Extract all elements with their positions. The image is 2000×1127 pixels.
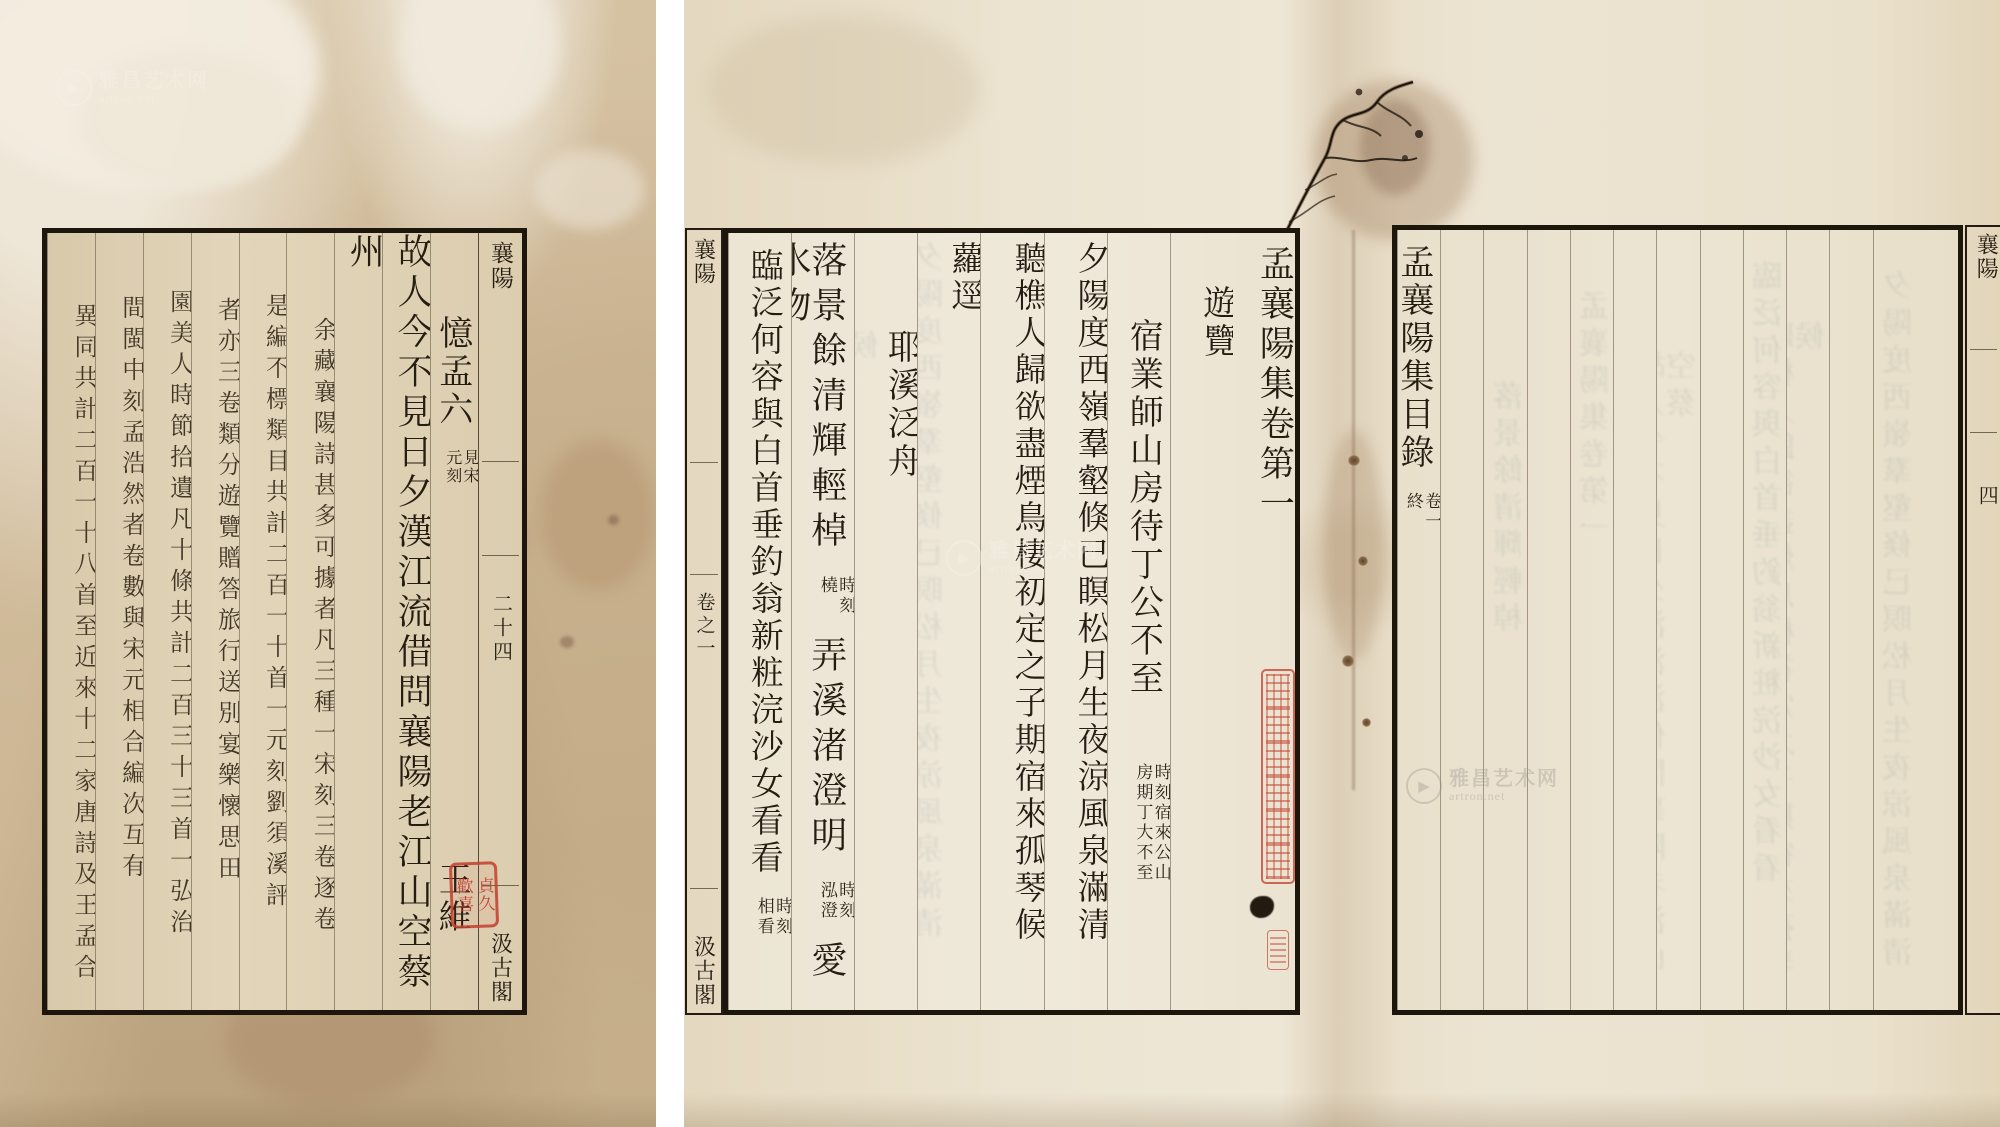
verse-text: 州 (345, 233, 382, 273)
paper-stain (1314, 80, 1474, 240)
book-title-label: 襄陽 (1971, 233, 2000, 281)
center-banxin-column: 襄陽 卷之一 汲古閣 (685, 228, 723, 1015)
paper-stain (608, 515, 619, 525)
show-through-ghost: 夕陽度西嶺羣壑倏已瞑松月生夜涼風泉滿清 (1886, 270, 1916, 973)
blank-column (1916, 230, 1958, 1010)
book-title-label: 襄陽 (489, 241, 512, 291)
verse-column: 臨泛何容與白首垂釣翁新粧浣沙女看看 時刻相看 (728, 233, 791, 1010)
verse-text: 蘿逕 (946, 241, 980, 315)
verse-text: 故人今不見日夕漢江流借問襄陽老江山空蔡 (393, 233, 430, 993)
paper-stain (709, 15, 979, 165)
verse-column: 聽樵人歸欲盡煙鳥棲初定之子期宿來孤琴候 (980, 233, 1043, 1010)
wormhole (1362, 718, 1371, 727)
publisher-label: 汲古閣 (689, 935, 720, 1007)
banxin-divider (690, 574, 718, 575)
handwritten-colophon-column: 異同共計二百一十八首至近來十二家唐詩及王孟合 (47, 233, 95, 1010)
banxin-divider (482, 555, 519, 556)
wormhole (1358, 556, 1368, 566)
verse-column: 落景餘清輝輕棹 時刻橈 弄溪渚澄明 時刻泓澄 愛水物 (791, 233, 854, 1010)
watermark-site-name: 雅昌艺术网 (99, 70, 209, 92)
scanned-book-spread: 襄陽 二十四 汲古閣 憶孟六 見宋元刻 王維 故人今不見日夕漢江流借問襄陽老江山… (0, 0, 2000, 1127)
page-edge-shadow (684, 1093, 2000, 1127)
volume-title-column: 孟襄陽集卷第一 (1233, 233, 1295, 1010)
banxin-divider (690, 462, 718, 463)
collation-note: 時刻泓澄 (818, 881, 855, 921)
verse-text: 弄溪渚澄明 (807, 636, 847, 861)
torn-paper-patch (400, 0, 560, 130)
collation-note-right: 時刻 (836, 881, 854, 921)
toc-colophon-text: 孟襄陽集目錄 (1397, 244, 1432, 472)
paper-stain (540, 440, 655, 590)
verse-column: 蘿逕 夕陽度西嶺羣壑倏已瞑松月生夜涼風泉滿清 (917, 233, 980, 1010)
collation-note: 時刻相看 (754, 897, 791, 937)
handwritten-colophon-column: 園美人時節拾遺凡十條共計二百三十三首一弘治 (143, 233, 191, 1010)
toc-colophon-column: 孟襄陽集目錄 卷一終 (1397, 230, 1440, 1010)
banxin-divider (1970, 432, 1997, 433)
site-watermark: ▶ 雅昌艺术网 artron.net (56, 70, 209, 106)
book-title-label: 襄陽 (689, 238, 720, 286)
collation-note: 時刻宿來公山房期丁大不至 (1133, 763, 1170, 883)
paper-stain (1360, 100, 1430, 195)
section-heading-column: 遊覽 (1170, 233, 1233, 1010)
colophon-text: 間閩中刻孟浩然者卷數與宋元相合編次互有 (118, 295, 143, 884)
collation-note-left: 相看 (754, 897, 772, 937)
verse-column: 夕陽度西嶺羣壑倏已瞑松月生夜涼風泉滿清 (1044, 233, 1107, 1010)
collector-seal-small (1267, 930, 1289, 970)
right-banxin-column: 襄陽 四 (1965, 225, 2000, 1015)
blank-column (1440, 230, 1483, 1010)
blank-column (1829, 230, 1872, 1010)
collation-note-left: 房期丁大不至 (1133, 763, 1151, 883)
fascicle-label: 卷之一 (691, 592, 718, 661)
verse-text: 夕陽度西嶺羣壑倏已瞑松月生夜涼風泉滿清 (1073, 241, 1107, 944)
paper-stain (535, 150, 645, 230)
paper-stain (1324, 430, 1384, 660)
wormhole (1342, 655, 1354, 667)
blank-column (1700, 230, 1743, 1010)
show-through-ghost: 落景餘清輝輕棹 (1497, 380, 1527, 639)
right-page-frame: 夕陽度西嶺羣壑倏已瞑松月生夜涼風泉滿清 聽樵人歸欲盡煙鳥棲初定之子期宿來孤琴候 … (1392, 225, 1963, 1015)
banxin-divider (690, 888, 718, 889)
section-heading: 遊覽 (1198, 285, 1233, 361)
right-photo-panel: 襄陽 卷之一 汲古閣 孟襄陽集卷第一 遊覽 宿業師山房待丁公不至 (684, 0, 2000, 1127)
show-through-ghost: 聽樵人歸欲盡煙鳥棲初定之子期宿來孤琴候 (1786, 320, 1829, 1010)
page-number: 四 (1972, 485, 2000, 505)
spacer (963, 332, 965, 378)
fold-crease-line (1352, 230, 1355, 790)
poem-title-column: 耶溪泛舟 聽樵人歸欲盡煙鳥棲初定之子期宿來孤琴候 (854, 233, 917, 1010)
seal-text-right: 貞久 (475, 876, 493, 913)
handwritten-colophon-column: 余藏襄陽詩甚多可據者凡三種一宋刻三卷逐卷 (286, 233, 334, 1010)
collation-note: 時刻橈 (818, 576, 855, 616)
banxin-divider (482, 461, 519, 462)
collation-note-left: 橈 (818, 576, 836, 616)
colophon-text: 余藏襄陽詩甚多可據者凡三種一宋刻三卷逐卷 (309, 317, 334, 937)
spacer (1141, 715, 1143, 743)
collation-note-left: 泓澄 (818, 881, 836, 921)
collector-seal-tall (1261, 669, 1295, 884)
collation-note-right: 時刻宿來公山 (1151, 763, 1169, 883)
collector-seal: 貞久 歡喜 (449, 861, 499, 929)
show-through-ghost: 故人今不見日夕漢江流借問襄陽老江山空蔡 (1656, 350, 1699, 1010)
edition-note-right: 見宋 (461, 449, 478, 485)
toc-end-note-left: 終 (1403, 492, 1421, 532)
volume-title: 孟襄陽集卷第一 (1255, 245, 1294, 525)
watermark-site-url: artron.net (99, 92, 209, 105)
page-number: 二十四 (491, 593, 511, 665)
banxin-divider (1970, 349, 1997, 350)
collation-note-right: 時刻 (836, 576, 854, 616)
toc-end-note: 卷一終 (1403, 492, 1440, 532)
show-through-ghost: 孟襄陽集卷第一 (1583, 290, 1613, 549)
colophon-text: 園美人時節拾遺凡十條共計二百三十三首一弘治 (166, 289, 191, 940)
edition-note: 見宋元刻 (443, 449, 478, 485)
gutter-shading (1282, 0, 1402, 1127)
colophon-text: 是編不標類目共計二百一十首一元刻劉須溪評 (261, 293, 286, 913)
show-through-ghost: 夕陽度西嶺羣壑倏已瞑松月生夜涼風泉滿清 (917, 241, 947, 944)
handwritten-colophon-column: 是編不標類目共計二百一十首一元刻劉須溪評 (239, 233, 287, 1010)
spacer (1273, 542, 1275, 652)
blank-column: 孟襄陽集卷第一 (1570, 230, 1613, 1010)
left-photo-panel: 襄陽 二十四 汲古閣 憶孟六 見宋元刻 王維 故人今不見日夕漢江流借問襄陽老江山… (0, 0, 656, 1127)
toc-end-note-right: 卷一 (1422, 492, 1440, 532)
seal-text-left: 歡喜 (454, 877, 472, 914)
edition-note-left: 元刻 (443, 449, 460, 485)
handwritten-colophon-column: 者亦三卷類分遊覽贈答旅行送別宴樂懷思田 (191, 233, 239, 1010)
collation-note-right: 時刻 (773, 897, 791, 937)
torn-paper-patch (80, 50, 300, 190)
verse-column: 州 (334, 233, 382, 1010)
poem-title: 宿業師山房待丁公不至 (1124, 318, 1161, 698)
colophon-text: 者亦三卷類分遊覽贈答旅行送別宴樂懷思田 (214, 297, 239, 886)
blank-column: 聽樵人歸欲盡煙鳥棲初定之子期宿來孤琴候 (1786, 230, 1829, 1010)
spacer (451, 505, 453, 845)
blank-column: 落景餘清輝輕棹 (1483, 230, 1526, 1010)
verse-text: 聽樵人歸欲盡煙鳥棲初定之子期宿來孤琴候 (1010, 241, 1044, 944)
paper-stain (560, 636, 574, 648)
blank-column (1527, 230, 1570, 1010)
verse-text: 落景餘清輝輕棹 (807, 241, 847, 556)
colophon-text: 異同共計二百一十八首至近來十二家唐詩及王孟合 (70, 303, 95, 985)
poem-title: 憶孟六 (434, 315, 471, 429)
blank-column (1613, 230, 1656, 1010)
handwritten-colophon-column: 間閩中刻孟浩然者卷數與宋元相合編次互有 (95, 233, 143, 1010)
poem-title-column: 宿業師山房待丁公不至 時刻宿來公山房期丁大不至 (1107, 233, 1170, 1010)
blank-column: 故人今不見日夕漢江流借問襄陽老江山空蔡 (1656, 230, 1699, 1010)
torn-paper-patch (0, 0, 320, 190)
center-page-frame: 孟襄陽集卷第一 遊覽 宿業師山房待丁公不至 時刻宿來公山房期丁大不至 夕陽度西嶺… (723, 228, 1300, 1015)
verse-text: 臨泛何容與白首垂釣翁新粧浣沙女看看 (746, 248, 782, 877)
publisher-label: 汲古閣 (490, 932, 512, 1004)
spacer (899, 498, 901, 558)
blank-column: 夕陽度西嶺羣壑倏已瞑松月生夜涼風泉滿清 (1873, 230, 1916, 1010)
blank-column: 臨泛何容與白首垂釣翁新粧浣沙女看看 (1743, 230, 1786, 1010)
verse-column: 故人今不見日夕漢江流借問襄陽老江山空蔡 (382, 233, 430, 1010)
artron-logo-icon: ▶ (56, 70, 92, 106)
poem-title: 耶溪泛舟 (882, 329, 917, 481)
show-through-ghost: 聽樵人歸欲盡煙鳥棲初定之子期宿來孤琴候 (854, 329, 883, 1010)
show-through-ghost: 臨泛何容與白首垂釣翁新粧浣沙女看看 (1756, 260, 1786, 889)
wormhole (1348, 455, 1360, 466)
page-edge-shadow (0, 1093, 656, 1127)
